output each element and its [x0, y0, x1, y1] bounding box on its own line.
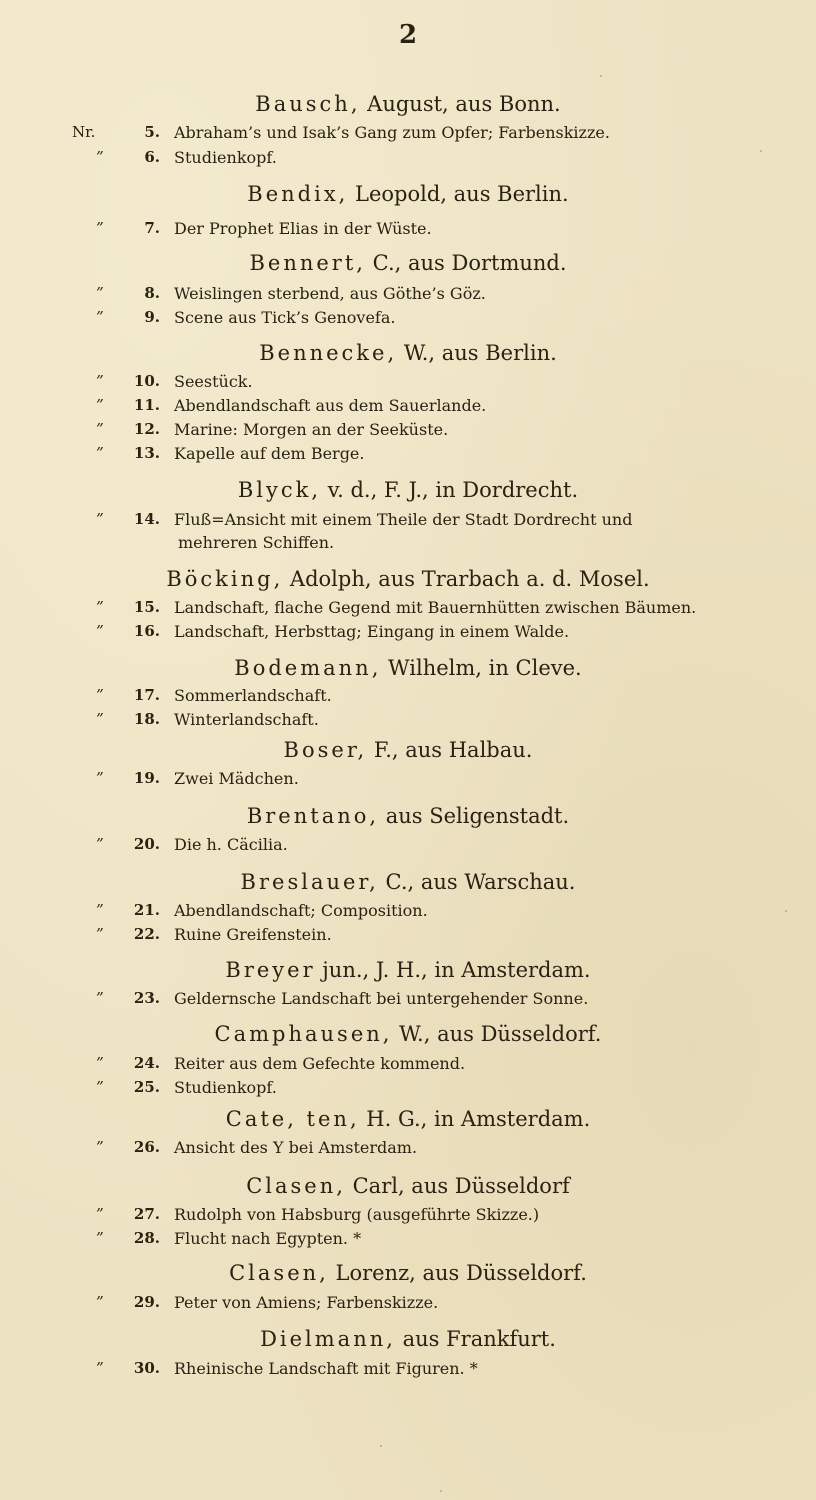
work-number: 28. — [124, 1229, 160, 1247]
work-number: 23. — [124, 989, 160, 1007]
work-entry: ” 8. Weislingen sterbend, aus Göthe’s Gö… — [0, 284, 816, 308]
ditto-mark: ” — [96, 686, 126, 704]
work-number: 24. — [124, 1054, 160, 1072]
work-number: 10. — [124, 372, 160, 390]
work-entry-continuation: mehreren Schiffen. — [0, 533, 816, 557]
work-number: 29. — [124, 1293, 160, 1311]
work-number: 20. — [124, 835, 160, 853]
ditto-mark: ” — [96, 148, 126, 166]
work-title: Scene aus Tick’s Genovefa. — [174, 308, 395, 327]
work-title: Kapelle auf dem Berge. — [174, 444, 364, 463]
ditto-mark: ” — [96, 769, 126, 787]
ditto-mark: ” — [96, 372, 126, 390]
artist-details: v. d., F. J., in Dordrecht. — [321, 478, 578, 502]
work-entry: ” 21. Abendlandschaft; Composition. — [0, 901, 816, 925]
artist-surname: Clasen, — [229, 1261, 329, 1285]
ditto-mark: ” — [96, 989, 126, 1007]
artist-surname: Bendix, — [247, 182, 348, 206]
work-number: 6. — [124, 148, 160, 166]
work-number: 19. — [124, 769, 160, 787]
artist-surname: Blyck, — [238, 478, 321, 502]
work-title: Studienkopf. — [174, 148, 277, 167]
artist-details: August, aus Bonn. — [361, 92, 561, 116]
work-number: 11. — [124, 396, 160, 414]
work-number: 8. — [124, 284, 160, 302]
ditto-mark: ” — [96, 444, 126, 462]
artist-surname: Dielmann, — [260, 1327, 396, 1351]
work-title: Landschaft, Herbsttag; Eingang in einem … — [174, 622, 569, 641]
paper-speck — [440, 1490, 442, 1492]
work-entry: ” 17. Sommerlandschaft. — [0, 686, 816, 710]
work-number: 15. — [124, 598, 160, 616]
work-title: Weislingen sterbend, aus Göthe’s Göz. — [174, 284, 486, 303]
work-entry: ” 18. Winterlandschaft. — [0, 710, 816, 734]
ditto-mark: ” — [96, 284, 126, 302]
work-entry: ” 24. Reiter aus dem Gefechte kommend. — [0, 1054, 816, 1078]
artist-details: Lorenz, aus Düsseldorf. — [329, 1261, 587, 1285]
ditto-mark: ” — [96, 710, 126, 728]
work-title-continuation: mehreren Schiffen. — [178, 533, 334, 552]
work-entry: ” 9. Scene aus Tick’s Genovefa. — [0, 308, 816, 332]
artist-surname: Bennert, — [249, 251, 366, 275]
paper-speck — [380, 1445, 382, 1447]
work-entry: ” 16. Landschaft, Herbsttag; Eingang in … — [0, 622, 816, 646]
artist-heading: Dielmann, aus Frankfurt. — [0, 1327, 816, 1351]
artist-details: W., aus Berlin. — [397, 341, 557, 365]
work-title: Flucht nach Egypten. * — [174, 1229, 361, 1248]
catalog-page: 2 Bausch, August, aus Bonn. Nr. 5. Abrah… — [0, 0, 816, 1500]
work-entry: ” 26. Ansicht des Y bei Amsterdam. — [0, 1138, 816, 1162]
artist-details: aus Frankfurt. — [396, 1327, 556, 1351]
artist-surname: Bausch, — [255, 92, 360, 116]
page-number: 2 — [0, 20, 816, 50]
work-number: 12. — [124, 420, 160, 438]
work-entry: ” 29. Peter von Amiens; Farbenskizze. — [0, 1293, 816, 1317]
work-entry: ” 23. Geldernsche Landschaft bei unterge… — [0, 989, 816, 1013]
ditto-mark: ” — [96, 1054, 126, 1072]
work-title: Studienkopf. — [174, 1078, 277, 1097]
artist-details: F., aus Halbau. — [367, 738, 532, 762]
work-title: Landschaft, flache Gegend mit Bauernhütt… — [174, 598, 696, 617]
work-number: 27. — [124, 1205, 160, 1223]
work-title: Seestück. — [174, 372, 253, 391]
artist-surname: Camphausen, — [215, 1022, 393, 1046]
artist-details: Wilhelm, in Cleve. — [381, 656, 581, 680]
ditto-mark: ” — [96, 396, 126, 414]
work-title: Abendlandschaft; Composition. — [174, 901, 428, 920]
artist-details: jun., J. H., in Amsterdam. — [316, 958, 591, 982]
work-number: 25. — [124, 1078, 160, 1096]
work-number: 18. — [124, 710, 160, 728]
ditto-mark: ” — [96, 622, 126, 640]
work-title: Der Prophet Elias in der Wüste. — [174, 219, 432, 238]
work-title: Die h. Cäcilia. — [174, 835, 288, 854]
work-title: Zwei Mädchen. — [174, 769, 299, 788]
ditto-mark: ” — [96, 925, 126, 943]
artist-heading: Blyck, v. d., F. J., in Dordrecht. — [0, 478, 816, 502]
work-entry: ” 19. Zwei Mädchen. — [0, 769, 816, 793]
ditto-mark: ” — [96, 420, 126, 438]
work-entry: ” 14. Fluß=Ansicht mit einem Theile der … — [0, 510, 816, 534]
artist-details: H. G., in Amsterdam. — [360, 1107, 591, 1131]
artist-heading: Clasen, Carl, aus Düsseldorf — [0, 1174, 816, 1198]
ditto-mark: ” — [96, 308, 126, 326]
work-title: Rheinische Landschaft mit Figuren. * — [174, 1359, 478, 1378]
artist-surname: Breyer — [225, 958, 315, 982]
nr-label: Nr. — [72, 123, 112, 141]
artist-heading: Camphausen, W., aus Düsseldorf. — [0, 1022, 816, 1046]
artist-surname: Boser, — [284, 738, 368, 762]
work-entry: ” 28. Flucht nach Egypten. * — [0, 1229, 816, 1253]
work-entry: ” 30. Rheinische Landschaft mit Figuren.… — [0, 1359, 816, 1383]
work-number: 9. — [124, 308, 160, 326]
artist-details: Carl, aus Düsseldorf — [346, 1174, 570, 1198]
artist-details: W., aus Düsseldorf. — [392, 1022, 601, 1046]
work-number: 7. — [124, 219, 160, 237]
artist-surname: Cate, ten, — [226, 1107, 360, 1131]
work-title: Reiter aus dem Gefechte kommend. — [174, 1054, 465, 1073]
artist-details: Leopold, aus Berlin. — [348, 182, 568, 206]
artist-heading: Böcking, Adolph, aus Trarbach a. d. Mose… — [0, 567, 816, 591]
work-number: 21. — [124, 901, 160, 919]
paper-speck — [785, 910, 787, 912]
artist-heading: Bausch, August, aus Bonn. — [0, 92, 816, 116]
work-title: Winterlandschaft. — [174, 710, 319, 729]
work-entry: ” 6. Studienkopf. — [0, 148, 816, 172]
work-title: Ansicht des Y bei Amsterdam. — [174, 1138, 417, 1157]
artist-surname: Böcking, — [166, 567, 283, 591]
work-entry: ” 22. Ruine Greifenstein. — [0, 925, 816, 949]
work-number: 14. — [124, 510, 160, 528]
paper-speck — [760, 150, 762, 152]
work-entry: ” 27. Rudolph von Habsburg (ausgeführte … — [0, 1205, 816, 1229]
work-title: Abendlandschaft aus dem Sauerlande. — [174, 396, 486, 415]
artist-heading: Bennert, C., aus Dortmund. — [0, 251, 816, 275]
ditto-mark: ” — [96, 901, 126, 919]
work-title: Peter von Amiens; Farbenskizze. — [174, 1293, 438, 1312]
artist-surname: Bennecke, — [259, 341, 397, 365]
work-number: 22. — [124, 925, 160, 943]
artist-surname: Bodemann, — [234, 656, 381, 680]
artist-surname: Brentano, — [247, 804, 379, 828]
artist-details: C., aus Warschau. — [379, 870, 576, 894]
artist-heading: Bennecke, W., aus Berlin. — [0, 341, 816, 365]
work-entry: ” 25. Studienkopf. — [0, 1078, 816, 1102]
ditto-mark: ” — [96, 1078, 126, 1096]
work-title: Ruine Greifenstein. — [174, 925, 332, 944]
work-title: Sommerlandschaft. — [174, 686, 332, 705]
artist-heading: Bendix, Leopold, aus Berlin. — [0, 182, 816, 206]
artist-surname: Breslauer, — [241, 870, 379, 894]
artist-heading: Cate, ten, H. G., in Amsterdam. — [0, 1107, 816, 1131]
artist-surname: Clasen, — [246, 1174, 346, 1198]
artist-heading: Boser, F., aus Halbau. — [0, 738, 816, 762]
work-title: Rudolph von Habsburg (ausgeführte Skizze… — [174, 1205, 539, 1224]
work-entry: ” 7. Der Prophet Elias in der Wüste. — [0, 219, 816, 243]
work-title: Abraham’s und Isak’s Gang zum Opfer; Far… — [174, 123, 610, 142]
ditto-mark: ” — [96, 1359, 126, 1377]
artist-heading: Bodemann, Wilhelm, in Cleve. — [0, 656, 816, 680]
work-title: Marine: Morgen an der Seeküste. — [174, 420, 448, 439]
work-number: 26. — [124, 1138, 160, 1156]
work-title: Geldernsche Landschaft bei untergehender… — [174, 989, 588, 1008]
ditto-mark: ” — [96, 219, 126, 237]
ditto-mark: ” — [96, 1293, 126, 1311]
artist-heading: Breslauer, C., aus Warschau. — [0, 870, 816, 894]
work-entry: ” 15. Landschaft, flache Gegend mit Baue… — [0, 598, 816, 622]
artist-heading: Breyer jun., J. H., in Amsterdam. — [0, 958, 816, 982]
artist-details: Adolph, aus Trarbach a. d. Mosel. — [283, 567, 649, 591]
ditto-mark: ” — [96, 598, 126, 616]
paper-speck — [600, 75, 602, 77]
ditto-mark: ” — [96, 1229, 126, 1247]
work-number: 13. — [124, 444, 160, 462]
work-number: 16. — [124, 622, 160, 640]
ditto-mark: ” — [96, 510, 126, 528]
work-entry: ” 20. Die h. Cäcilia. — [0, 835, 816, 859]
work-entry: ” 12. Marine: Morgen an der Seeküste. — [0, 420, 816, 444]
work-number: 30. — [124, 1359, 160, 1377]
ditto-mark: ” — [96, 1205, 126, 1223]
work-title: Fluß=Ansicht mit einem Theile der Stadt … — [174, 510, 632, 529]
artist-heading: Brentano, aus Seligenstadt. — [0, 804, 816, 828]
work-entry: Nr. 5. Abraham’s und Isak’s Gang zum Opf… — [0, 123, 816, 147]
work-entry: ” 13. Kapelle auf dem Berge. — [0, 444, 816, 468]
ditto-mark: ” — [96, 1138, 126, 1156]
artist-details: C., aus Dortmund. — [366, 251, 567, 275]
work-number: 17. — [124, 686, 160, 704]
work-entry: ” 10. Seestück. — [0, 372, 816, 396]
artist-heading: Clasen, Lorenz, aus Düsseldorf. — [0, 1261, 816, 1285]
ditto-mark: ” — [96, 835, 126, 853]
work-entry: ” 11. Abendlandschaft aus dem Sauerlande… — [0, 396, 816, 420]
work-number: 5. — [124, 123, 160, 141]
artist-details: aus Seligenstadt. — [379, 804, 569, 828]
